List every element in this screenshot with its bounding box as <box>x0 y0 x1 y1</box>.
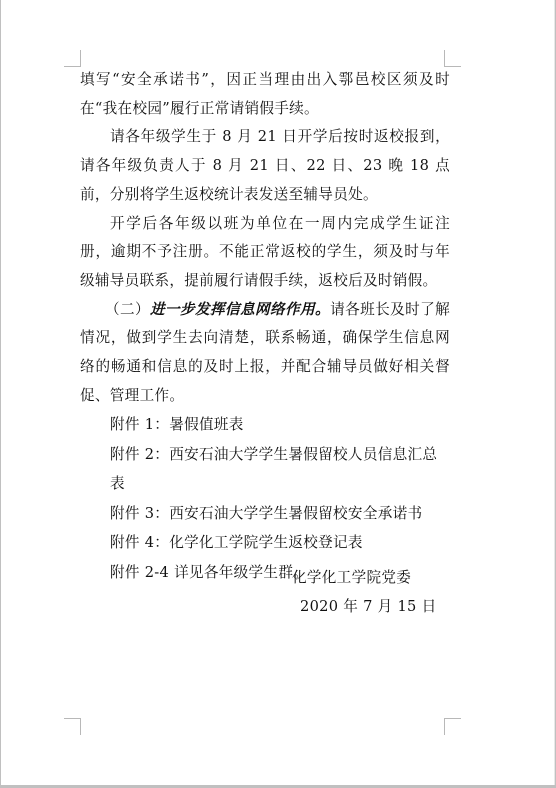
signature-organization: 化学化工学院党委 <box>292 566 411 587</box>
attachment-item: 附件 2：西安石油大学学生暑假留校人员信息汇总表 <box>80 440 450 499</box>
paragraph-return-schedule: 请各年级学生于 8 月 21 日开学后按时返校报到，请各年级负责人于 8 月 2… <box>80 123 450 209</box>
document-body: 填写“安全承诺书”，因正当理由出入鄠邑校区须及时在“我在校园”履行正常请销假手续… <box>80 66 450 587</box>
attachment-item: 附件 3：西安石油大学学生暑假留校安全承诺书 <box>80 499 450 529</box>
section-number: （二） <box>105 301 150 318</box>
attachment-item: 附件 1：暑假值班表 <box>80 410 450 440</box>
margin-corner-mark-bottom-right <box>444 718 461 735</box>
attachment-item: 附件 4：化学化工学院学生返校登记表 <box>80 528 450 558</box>
paragraph-safety-commitment: 填写“安全承诺书”，因正当理由出入鄠邑校区须及时在“我在校园”履行正常请销假手续… <box>80 66 450 123</box>
paragraph-registration: 开学后各年级以班为单位在一周内完成学生证注册，逾期不予注册。不能正常返校的学生，… <box>80 210 450 296</box>
margin-corner-mark-top-right <box>444 50 461 67</box>
margin-corner-mark-bottom-left <box>64 718 81 735</box>
document-page: 填写“安全承诺书”，因正当理由出入鄠邑校区须及时在“我在校园”履行正常请销假手续… <box>1 0 554 785</box>
section-heading: 进一步发挥信息网络作用。 <box>150 301 330 318</box>
margin-corner-mark-top-left <box>64 50 81 67</box>
signature-date: 2020 年 7 月 15 日 <box>300 595 436 616</box>
attachments-list: 附件 1：暑假值班表 附件 2：西安石油大学学生暑假留校人员信息汇总表 附件 3… <box>80 410 450 587</box>
paragraph-section-two: （二）进一步发挥信息网络作用。请各班长及时了解情况，做到学生去向清楚，联系畅通，… <box>80 296 450 411</box>
